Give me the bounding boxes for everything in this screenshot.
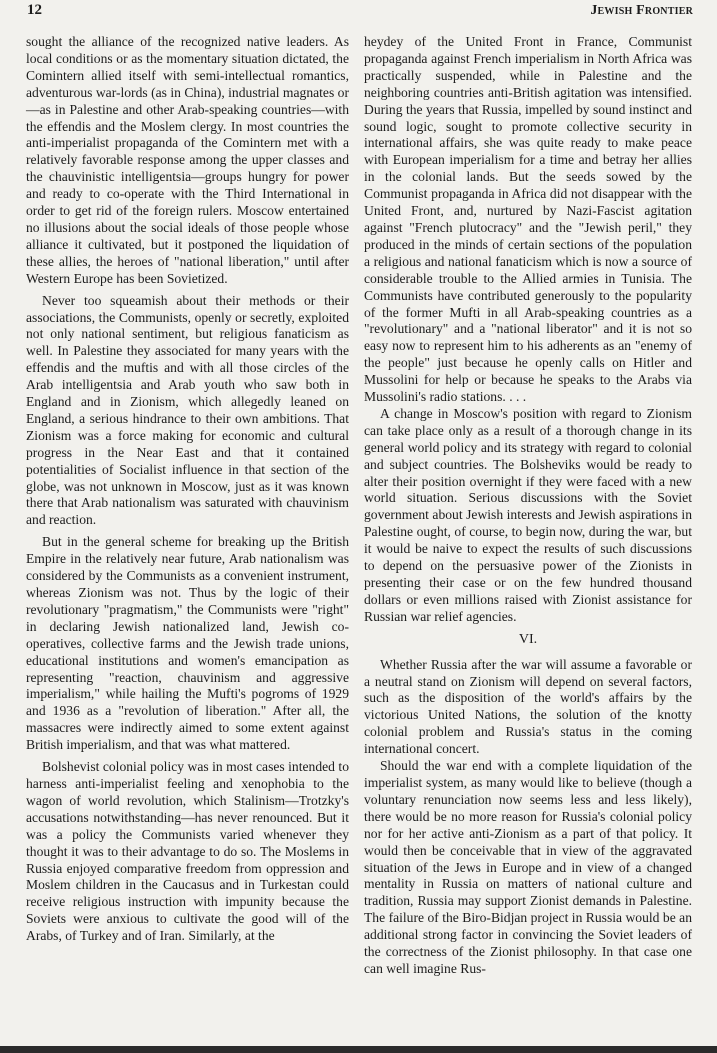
right-column: heydey of the United Front in France, Co…: [364, 34, 692, 978]
page-number: 12: [27, 2, 42, 19]
paragraph: Whether Russia after the war will assume…: [364, 657, 692, 758]
paragraph: But in the general scheme for breaking u…: [26, 534, 349, 754]
paragraph: Should the war end with a complete liqui…: [364, 758, 692, 978]
paragraph: A change in Moscow's position with regar…: [364, 406, 692, 626]
running-head: Jewish Frontier: [590, 3, 693, 19]
paragraph: Never too squeamish about their methods …: [26, 293, 349, 530]
page-header: 12 Jewish Frontier: [0, 0, 717, 26]
paragraph: Bolshevist colonial policy was in most c…: [26, 759, 349, 945]
document-page: 12 Jewish Frontier sought the alliance o…: [0, 0, 717, 1046]
paragraph: heydey of the United Front in France, Co…: [364, 34, 692, 406]
bottom-dark-bar: [0, 1046, 717, 1053]
left-column: sought the alliance of the recognized na…: [26, 34, 349, 945]
paragraph: sought the alliance of the recognized na…: [26, 34, 349, 288]
section-heading: VI.: [364, 632, 692, 649]
